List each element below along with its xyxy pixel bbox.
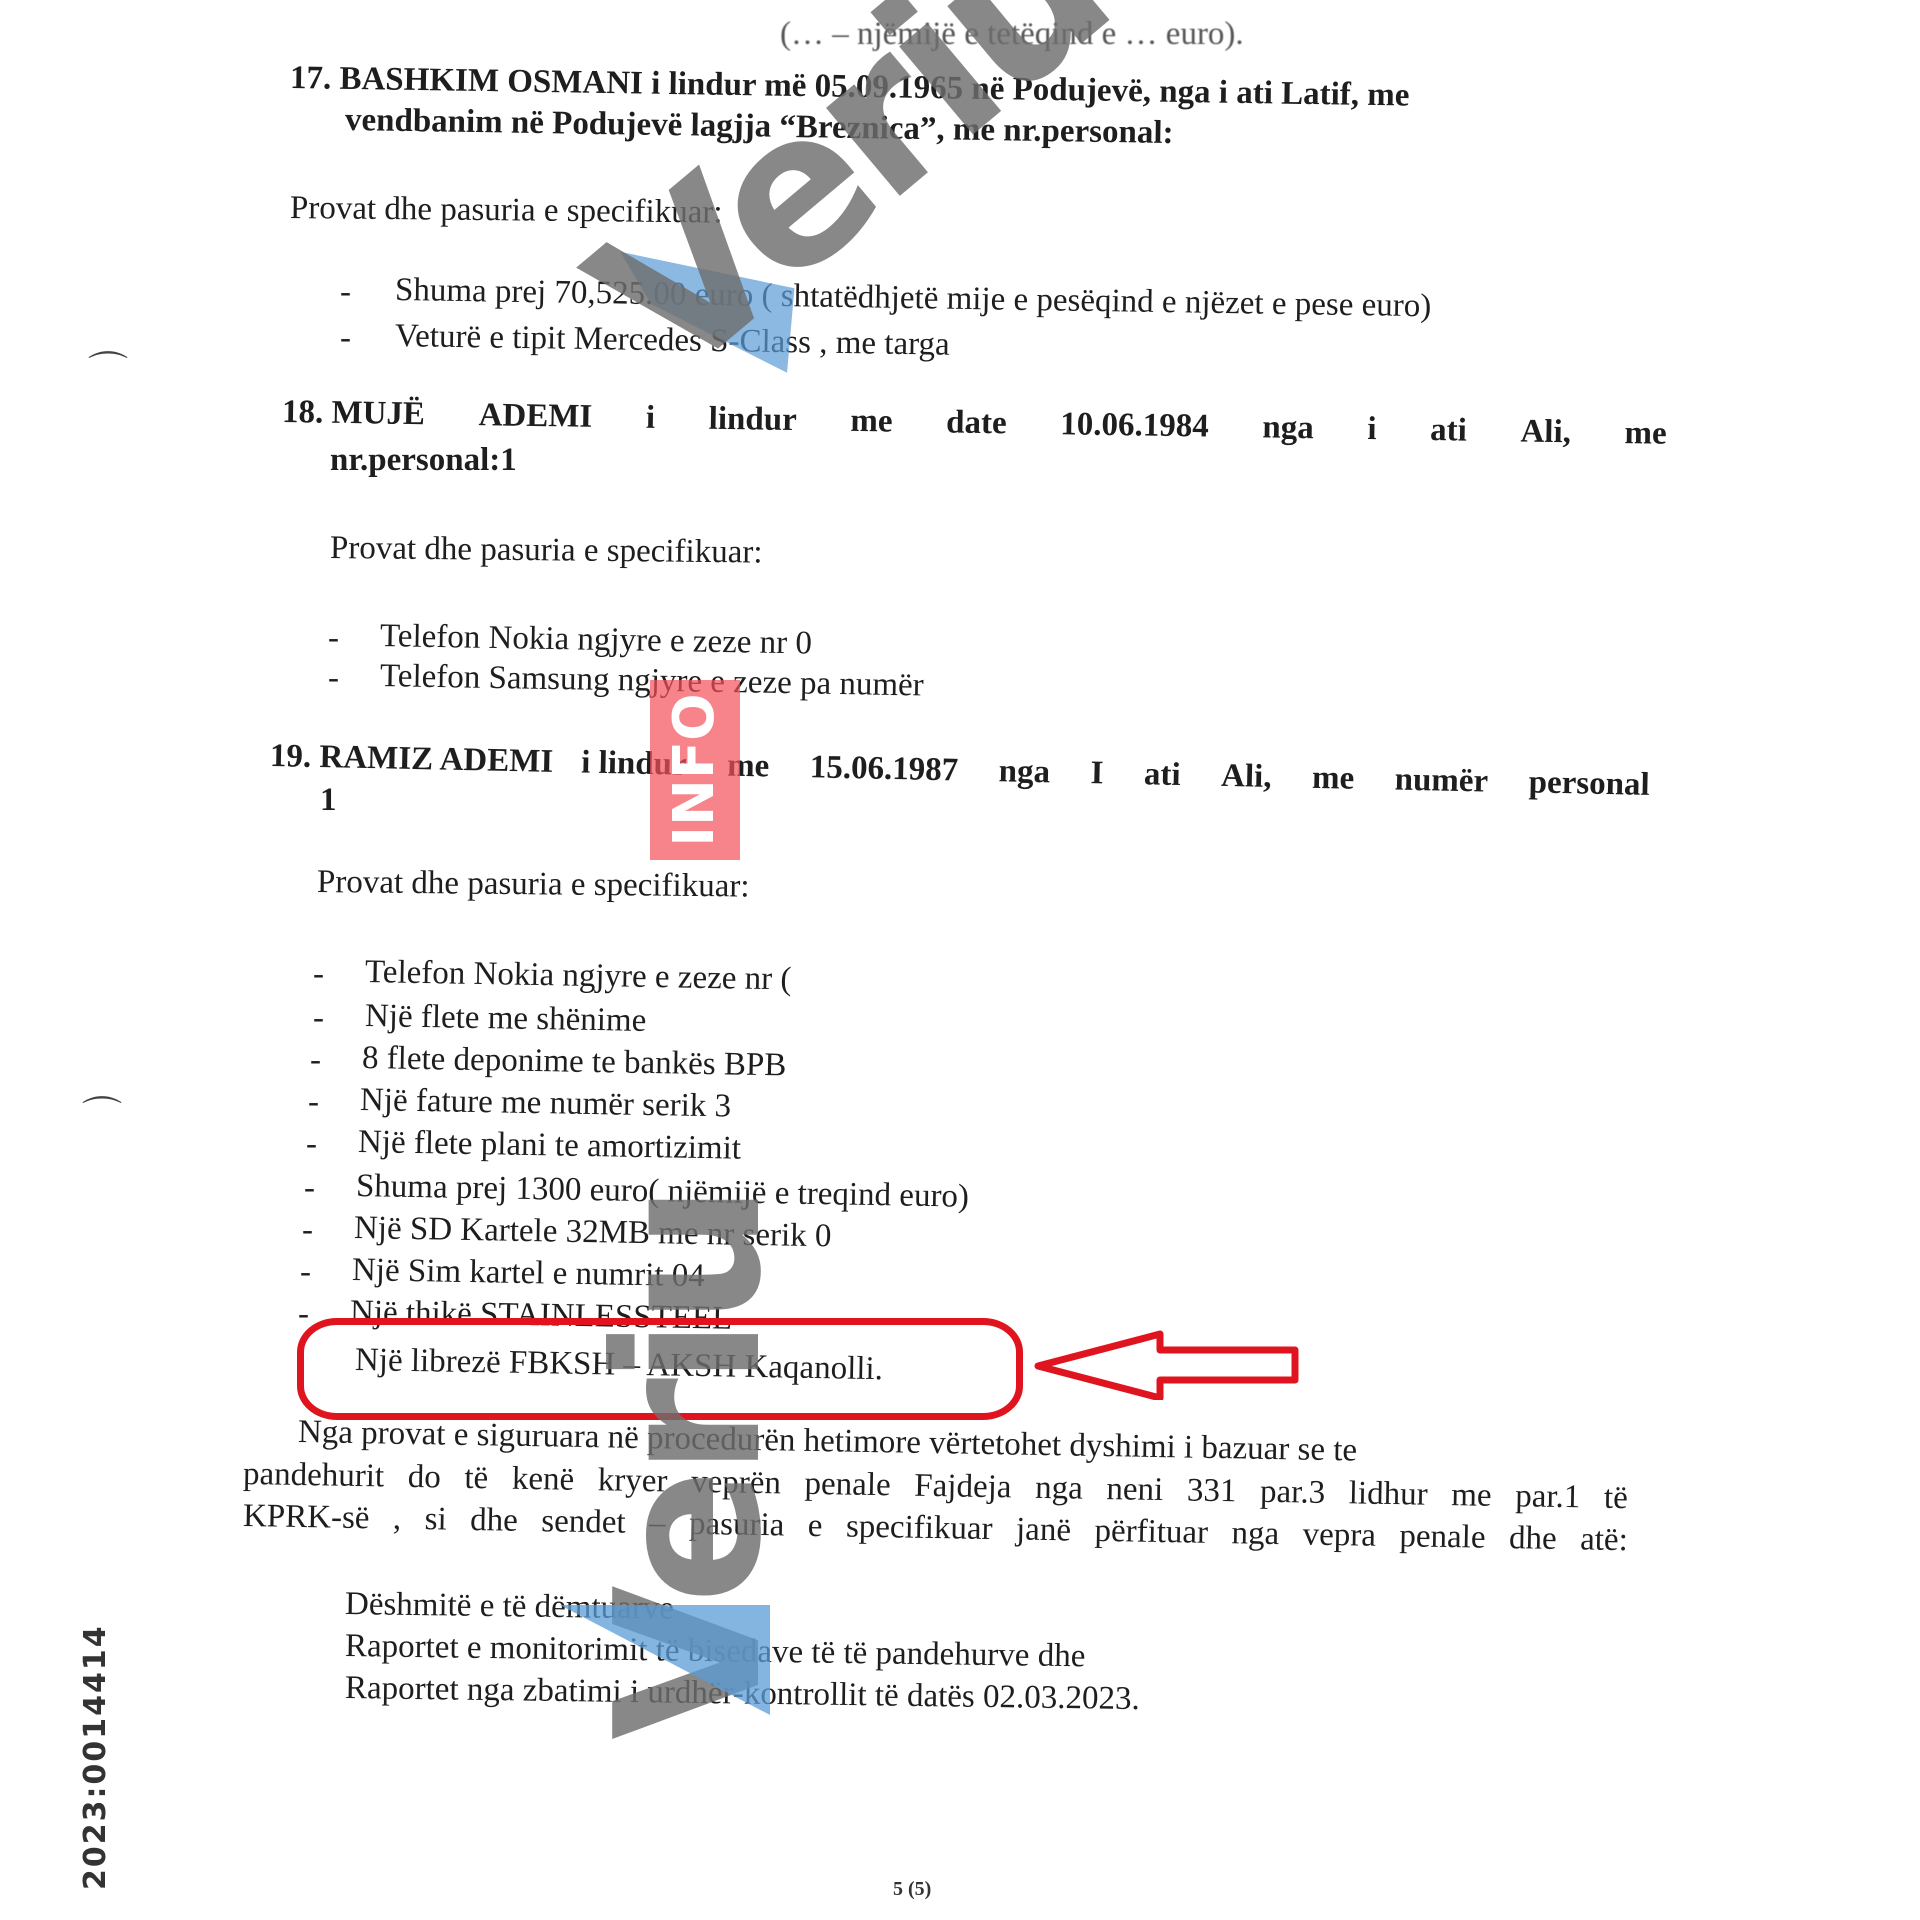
bullet-dash: - [302,1210,313,1250]
section-number: 17. [290,60,332,97]
birth-details: i lindur me 15.06.1987 nga I ati Ali, me… [581,743,1650,805]
section-19-evidence-heading: Provat dhe pasuria e specifikuar: [317,862,750,907]
section-19-item: 8 flete deponime te bankës BPB [362,1038,787,1085]
person-name: BASHKIM OSMANI [339,61,643,102]
bullet-dash: - [306,1124,317,1164]
bullet-dash: - [313,954,324,994]
case-number: 2023:0014414 [78,1624,113,1890]
bullet-dash: - [328,658,339,698]
bullet-dash: - [340,318,351,358]
bullet-dash: - [304,1168,315,1208]
bullet-dash: - [313,998,324,1038]
margin-mark: ⌒ [82,1085,122,1142]
watermark-accent-icon [560,1605,770,1715]
section-number-name: 18. MUJË [282,392,426,434]
margin-mark: ⌒ [88,340,128,397]
section-18-evidence-heading: Provat dhe pasuria e specifikuar: [330,528,763,573]
bullet-dash: - [328,618,339,658]
section-19-item: Një flete plani te amortizimit [358,1122,742,1169]
section-19-personal-number: 1 [320,780,337,820]
person-last-name: ADEMI [478,395,592,437]
watermark-info-badge: INFO [650,680,740,860]
section-19-item: Një flete me shënime [365,996,647,1041]
page-number: 5 (5) [893,1878,931,1901]
section-19-item: Një fature me numër serik 3 [360,1080,732,1126]
bullet-dash: - [340,272,351,312]
bullet-dash: - [310,1040,321,1080]
bullet-dash: - [300,1252,311,1292]
section-19-item: Telefon Nokia ngjyre e zeze nr ( [365,952,792,999]
section-19-heading: 19. RAMIZ ADEMI i lindur me 15.06.1987 n… [270,736,1651,805]
bullet-dash: - [308,1082,319,1122]
section-number-name: 19. RAMIZ ADEMI [270,736,554,782]
red-arrow-annotation [1030,1320,1310,1400]
section-18-personal-number: nr.personal:1 [330,440,517,480]
